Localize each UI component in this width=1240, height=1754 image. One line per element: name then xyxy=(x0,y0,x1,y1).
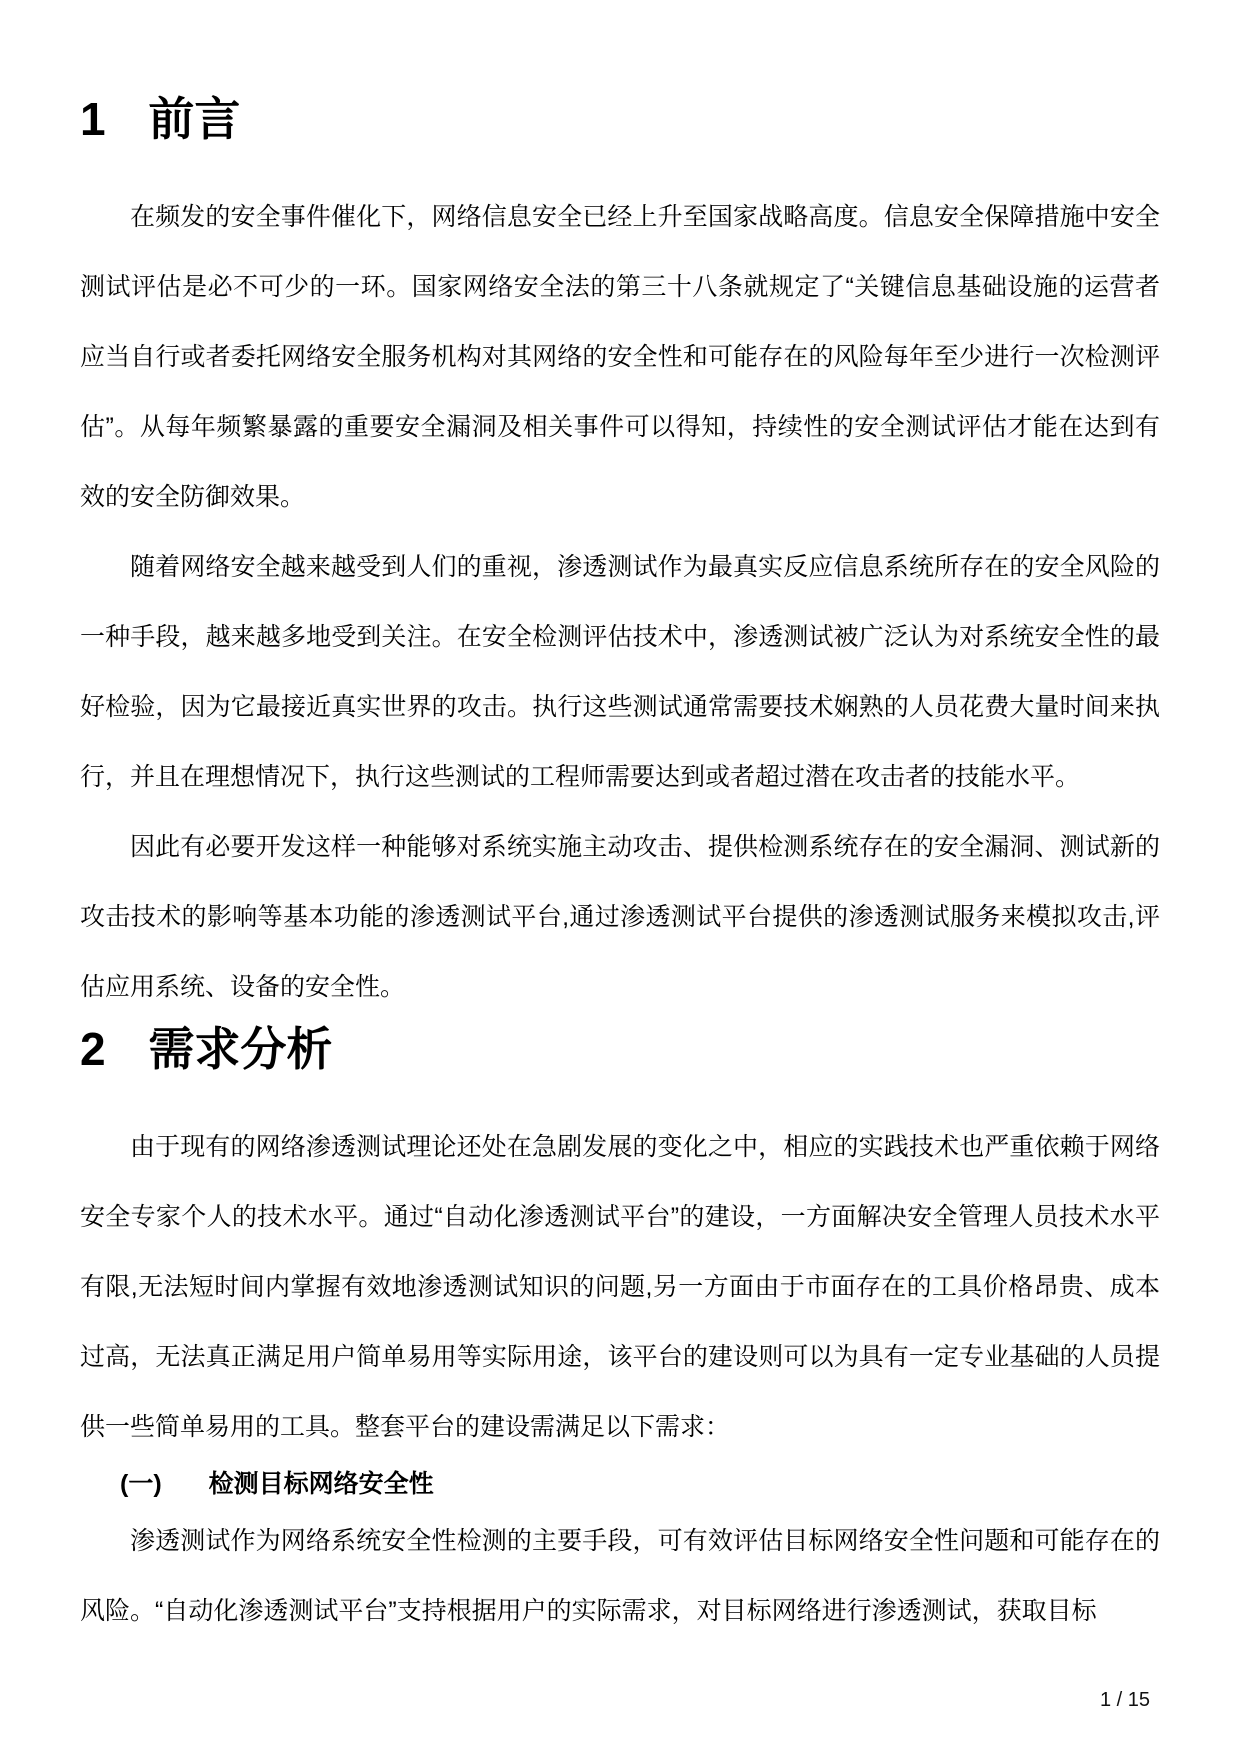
subsection-title: 检测目标网络安全性 xyxy=(209,1470,434,1498)
page-number: 1 / 15 xyxy=(1100,1689,1150,1712)
section-number: 2 xyxy=(80,1022,106,1076)
paragraph: 由于现有的网络渗透测试理论还处在急剧发展的变化之中，相应的实践技术也严重依赖于网… xyxy=(80,1112,1160,1462)
section-number: 1 xyxy=(80,92,106,146)
subsection-label: (一) xyxy=(120,1462,162,1506)
paragraph: 在频发的安全事件催化下，网络信息安全已经上升至国家战略高度。信息安全保障措施中安… xyxy=(80,182,1160,532)
document-page: 1 前言 在频发的安全事件催化下，网络信息安全已经上升至国家战略高度。信息安全保… xyxy=(0,0,1240,1754)
paragraph: 渗透测试作为网络系统安全性检测的主要手段，可有效评估目标网络安全性问题和可能存在… xyxy=(80,1506,1160,1646)
document-content: 1 前言 在频发的安全事件催化下，网络信息安全已经上升至国家战略高度。信息安全保… xyxy=(0,92,1240,1646)
section-heading-1: 1 前言 xyxy=(80,92,1160,146)
section-title: 前言 xyxy=(148,93,240,145)
paragraph: 随着网络安全越来越受到人们的重视，渗透测试作为最真实反应信息系统所存在的安全风险… xyxy=(80,532,1160,812)
paragraph: 因此有必要开发这样一种能够对系统实施主动攻击、提供检测系统存在的安全漏洞、测试新… xyxy=(80,812,1160,1022)
subsection-heading-1: (一) 检测目标网络安全性 xyxy=(120,1462,1160,1506)
section-heading-2: 2 需求分析 xyxy=(80,1022,1160,1076)
section-title: 需求分析 xyxy=(148,1023,332,1075)
